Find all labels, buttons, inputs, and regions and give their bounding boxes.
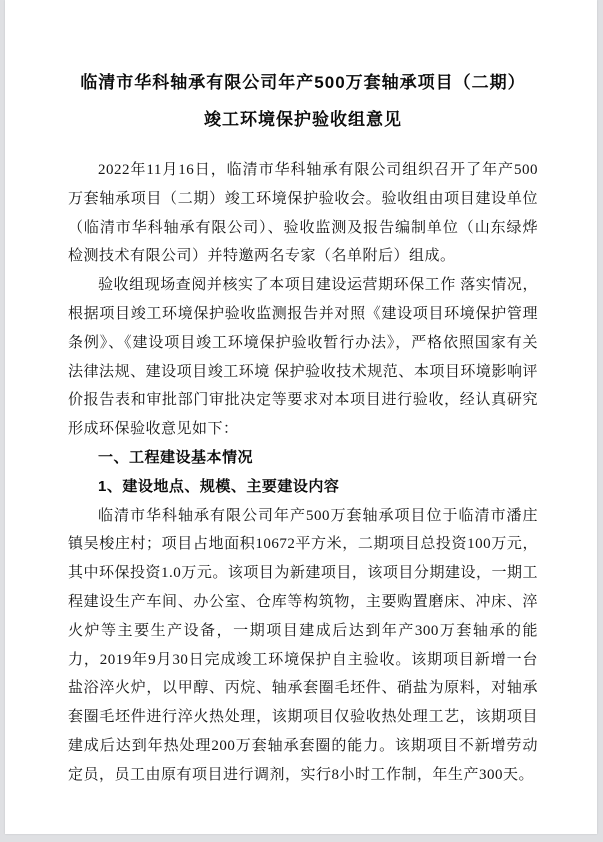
paragraph-project-details: 临清市华科轴承有限公司年产500万套轴承项目位于临清市潘庄镇吴梭庄村；项目占地面… (68, 502, 538, 790)
section-heading-project-overview: 一、工程建设基本情况 (68, 444, 538, 473)
paragraph-review-basis: 验收组现场查阅并核实了本项目建设运营期环保工作 落实情况，根据项目竣工环境保护验… (68, 271, 538, 444)
subsection-heading-location-scale: 1、建设地点、规模、主要建设内容 (68, 473, 538, 502)
document-page: 临清市华科轴承有限公司年产500万套轴承项目（二期） 竣工环境保护验收组意见 2… (5, 0, 597, 834)
paragraph-acceptance-meeting: 2022年11月16日，临清市华科轴承有限公司组织召开了年产500万套轴承项目（… (68, 156, 538, 271)
title-line-1: 临清市华科轴承有限公司年产500万套轴承项目（二期） (68, 64, 538, 101)
document-title: 临清市华科轴承有限公司年产500万套轴承项目（二期） 竣工环境保护验收组意见 (68, 64, 538, 138)
title-line-2: 竣工环境保护验收组意见 (68, 101, 538, 138)
document-body: 2022年11月16日，临清市华科轴承有限公司组织召开了年产500万套轴承项目（… (68, 156, 538, 790)
